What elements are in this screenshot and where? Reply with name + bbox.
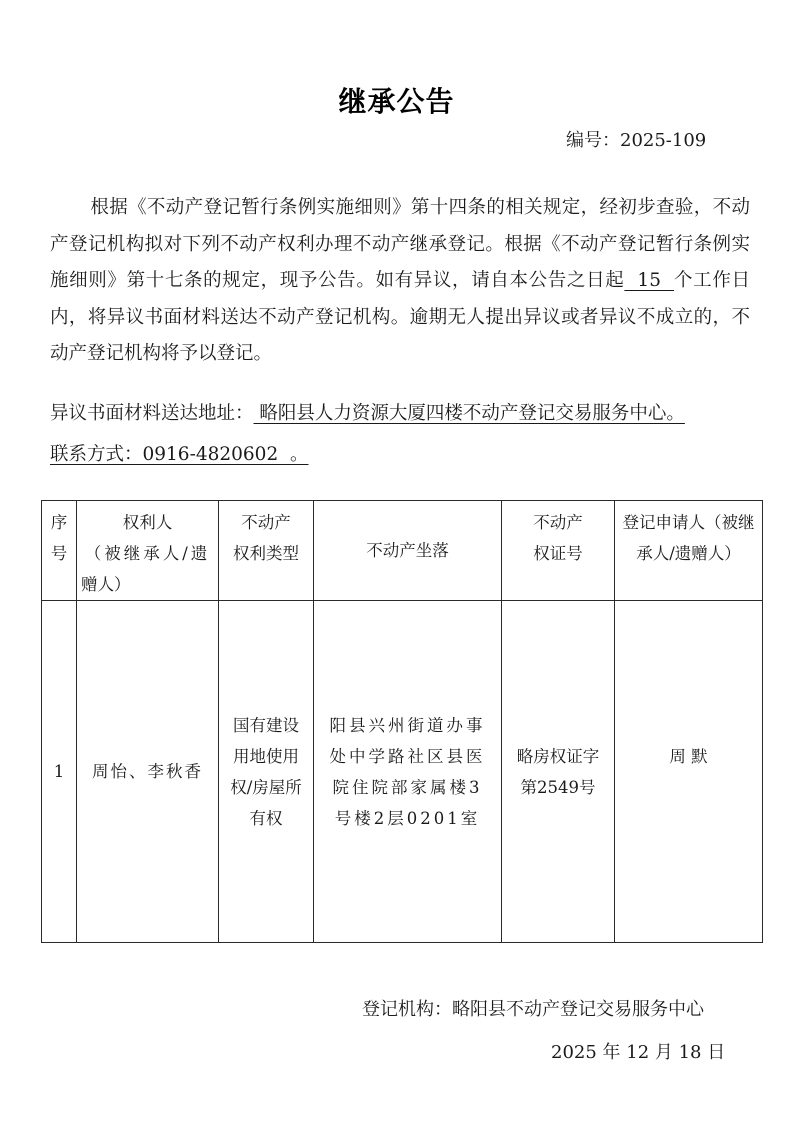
document-number-value: 2025-109 bbox=[620, 130, 706, 151]
header-line: 不动产坐落 bbox=[318, 535, 497, 566]
header-certificate: 不动产 权证号 bbox=[502, 501, 615, 601]
header-right-type: 不动产 权利类型 bbox=[219, 501, 314, 601]
objection-address: 异议书面材料送达地址： 略阳县人力资源大厦四楼不动产登记交易服务中心。 bbox=[50, 399, 685, 425]
cell-right-type: 国有建设用地使用权/房屋所有权 bbox=[219, 601, 314, 943]
registration-table: 序 号 权利人 （被继承人/遗 赠人） 不动产 权利类型 不动产坐落 不动产 权… bbox=[41, 500, 763, 943]
header-line: 不动产 bbox=[506, 507, 610, 538]
page-title: 继承公告 bbox=[0, 80, 793, 120]
contact-info: 联系方式：0916-4820602 。 bbox=[50, 440, 309, 466]
cell-owner: 周怡、李秋香 bbox=[77, 601, 219, 943]
header-location: 不动产坐落 bbox=[314, 501, 502, 601]
header-line: 序 bbox=[46, 507, 72, 538]
objection-address-label: 异议书面材料送达地址： bbox=[50, 403, 254, 424]
announcement-body: 根据《不动产登记暂行条例实施细则》第十四条的相关规定，经初步查验，不动产登记机构… bbox=[50, 190, 750, 373]
document-number: 编号：2025-109 bbox=[566, 126, 706, 152]
header-owner: 权利人 （被继承人/遗 赠人） bbox=[77, 501, 219, 601]
table-header-row: 序 号 权利人 （被继承人/遗 赠人） 不动产 权利类型 不动产坐落 不动产 权… bbox=[42, 501, 763, 601]
header-line: 承人/遗赠人） bbox=[619, 538, 758, 569]
header-line: 权利类型 bbox=[223, 538, 309, 569]
document-number-label: 编号： bbox=[566, 130, 620, 151]
header-index: 序 号 bbox=[42, 501, 77, 601]
objection-period-days: 15 bbox=[624, 270, 674, 291]
cell-location: 阳县兴州街道办事处中学路社区县医院住院部家属楼3号楼2层0201室 bbox=[314, 601, 502, 943]
header-line: 赠人） bbox=[81, 569, 214, 600]
header-line: （被继承人/遗 bbox=[81, 538, 214, 569]
objection-address-value: 略阳县人力资源大厦四楼不动产登记交易服务中心。 bbox=[254, 403, 685, 424]
announcement-date: 2025 年 12 月 18 日 bbox=[551, 1038, 725, 1064]
header-line: 权利人 bbox=[81, 507, 214, 538]
header-line: 权证号 bbox=[506, 538, 610, 569]
cell-certificate: 略房权证字第2549号 bbox=[502, 601, 615, 943]
cell-applicant: 周 默 bbox=[615, 601, 763, 943]
header-applicant: 登记申请人（被继 承人/遗赠人） bbox=[615, 501, 763, 601]
table-row: 1 周怡、李秋香 国有建设用地使用权/房屋所有权 阳县兴州街道办事处中学路社区县… bbox=[42, 601, 763, 943]
cell-index: 1 bbox=[42, 601, 77, 943]
registration-authority: 登记机构：略阳县不动产登记交易服务中心 bbox=[362, 995, 704, 1021]
header-line: 号 bbox=[46, 538, 72, 569]
header-line: 不动产 bbox=[223, 507, 309, 538]
header-line: 登记申请人（被继 bbox=[619, 507, 758, 538]
